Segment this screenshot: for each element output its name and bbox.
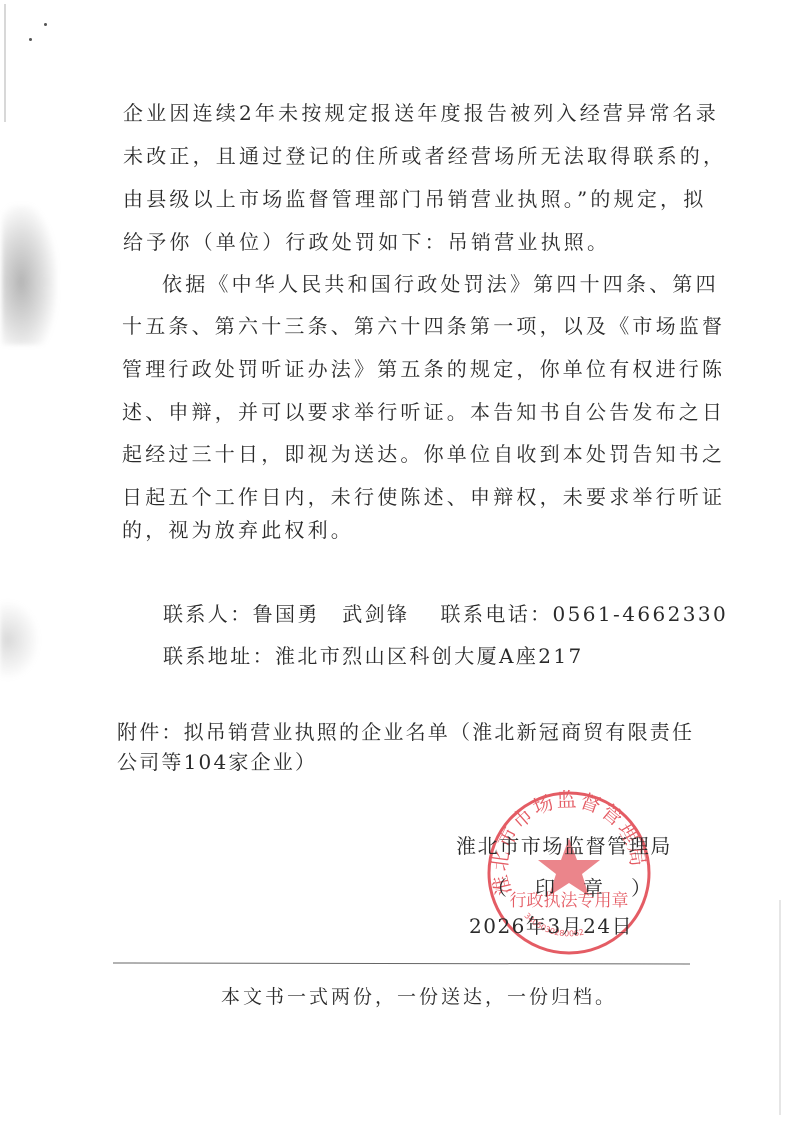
issue-date: 2026年3月24日 [469, 912, 633, 940]
paragraph-2-line: 依据《中华人民共和国行政处罚法》第四十四条、第四 [162, 270, 719, 298]
scan-edge-line [779, 900, 781, 1115]
paragraph-2-line: 述、申辩，并可以要求举行听证。本告知书自公告发布之日 [122, 398, 725, 426]
scan-smudge [2, 205, 57, 345]
paragraph-2-line: 管理行政处罚听证办法》第五条的规定，你单位有权进行陈 [122, 355, 725, 383]
contact-persons: 联系人：鲁国勇 武剑锋 联系电话：0561-4662330 [163, 600, 728, 628]
scan-edge-line [4, 4, 6, 122]
scan-smudge [0, 600, 40, 680]
seal-note: （印章） [487, 874, 679, 902]
paragraph-1-line: 企业因连续2年未按规定报送年度报告被列入经营异常名录 [123, 99, 719, 127]
paragraph-2-line: 十五条、第六十三条、第六十四条第一项，以及《市场监督 [122, 312, 725, 340]
issuing-authority: 淮北市市场监督管理局 [456, 832, 672, 860]
attachment-line: 附件：拟吊销营业执照的企业名单（淮北新冠商贸有限责任 [117, 718, 694, 746]
scan-speck [29, 38, 32, 41]
scan-speck [44, 23, 47, 26]
document-page: 企业因连续2年未按规定报送年度报告被列入经营异常名录 未改正，且通过登记的住所或… [0, 0, 793, 1121]
paragraph-1-line: 未改正，且通过登记的住所或者经营场所无法取得联系的， [123, 142, 726, 170]
paragraph-2-line: 起经过三十日，即视为送达。你单位自收到本处罚告知书之 [122, 440, 725, 468]
paragraph-1-line: 给予你（单位）行政处罚如下：吊销营业执照。 [123, 228, 610, 256]
attachment-line: 公司等104家企业） [117, 748, 317, 776]
paragraph-2-line: 的，视为放弃此权利。 [122, 516, 354, 544]
contact-address: 联系地址：淮北市烈山区科创大厦A座217 [163, 642, 584, 670]
divider-line [113, 962, 690, 964]
paragraph-1-line: 由县级以上市场监督管理部门吊销营业执照。”的规定，拟 [123, 185, 706, 213]
paragraph-2-line: 日起五个工作日内，未行使陈述、申辩权，未要求举行听证 [122, 483, 725, 511]
footer-note: 本文书一式两份，一份送达，一份归档。 [221, 983, 617, 1011]
